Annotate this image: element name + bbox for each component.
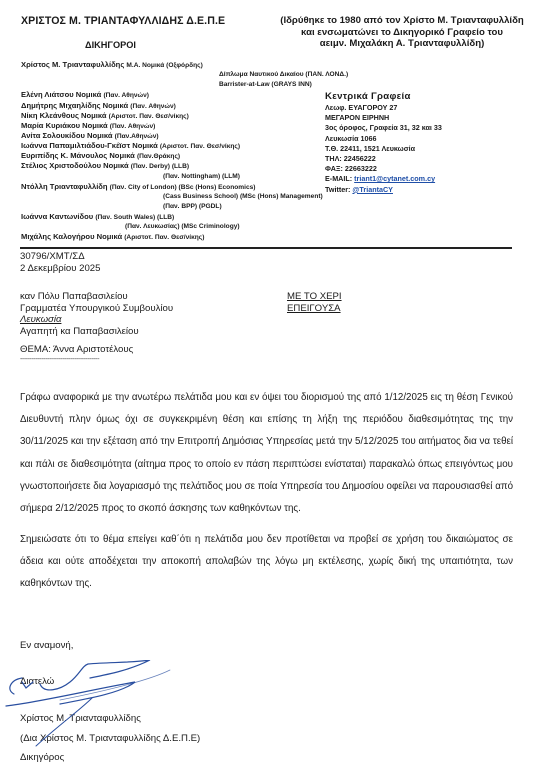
office-block: Κεντρικά Γραφεία Λεωφ. ΕΥΑΓΟΡΟΥ 27ΜΕΓΑΡΟ… [325, 91, 442, 195]
lawyer-qualification: (Παν. BPP) (PGDL) [163, 202, 222, 212]
office-twitter-row: Twitter: @TriantaCY [325, 185, 442, 195]
lawyer-name: Στέλιος Χριστοδούλου Νομικά [21, 161, 131, 170]
office-address-line: 3ος όροφος, Γραφεία 31, 32 και 33 [325, 123, 442, 133]
lawyer-qualification: (Παν. Derby) (LLB) [131, 163, 189, 170]
addressee-block: καν Πόλυ Παπαβασιλείου Γραμματέα Υπουργι… [20, 291, 173, 337]
twitter-label: Twitter: [325, 185, 352, 194]
office-address-line: ΜΕΓΑΡΟΝ ΕΙΡΗΝΗ [325, 113, 442, 123]
lawyer-name: Νίκη Κλεάνθους Νομικά [21, 111, 109, 120]
lawyer-name: Ανίτα Σολουκίδου Νομικά [21, 131, 115, 140]
salutation: Αγαπητή κα Παπαβασιλείου [20, 326, 173, 338]
lawyer-entry: Χρίστος Μ. Τριανταφυλλίδης Μ.Α. Νομικά (… [21, 60, 255, 70]
lawyer-entry: Ντόλλη Τριανταφυλλίδη (Παν. City of Lond… [21, 182, 255, 192]
lawyer-qualification: (Αριστοτ. Παν. Θεσ/νίκης) [109, 113, 189, 120]
addressee-title: Γραμματέα Υπουργικού Συμβουλίου [20, 303, 173, 315]
lawyer-name: Ντόλλη Τριανταφυλλίδη [21, 182, 110, 191]
lawyer-qualification: (Παν. Αθηνών) [103, 92, 149, 99]
by-hand-label: ΜΕ ΤΟ ΧΕΡΙ [287, 291, 342, 303]
lawyer-name: Χρίστος Μ. Τριανταφυλλίδης [21, 60, 126, 69]
email-link[interactable]: triant1@cytanet.com.cy [354, 174, 435, 183]
founded-line-1: (Ιδρύθηκε το 1980 από τον Χρίστο Μ. Τρια… [272, 15, 532, 27]
office-address: Λεωφ. ΕΥΑΓΟΡΟΥ 27ΜΕΓΑΡΟΝ ΕΙΡΗΝΗ3ος όροφο… [325, 103, 442, 174]
lawyer-entry: Στέλιος Χριστοδούλου Νομικά (Παν. Derby)… [21, 161, 255, 171]
lawyer-name: Μιχάλης Καλογήρου Νομικά [21, 232, 124, 241]
lawyer-name: Δημήτρης Μιχαηλίδης Νομικά [21, 101, 130, 110]
lawyer-qualification: (Παν. South Wales) (LLB) [95, 214, 174, 221]
closing-line: Εν αναμονή, [20, 640, 73, 651]
lawyer-qualification: (Παν.Θράκης) [137, 153, 180, 160]
lawyer-entry: Μιχάλης Καλογήρου Νομικά (Αριστοτ. Παν. … [21, 232, 255, 242]
lawyer-name: Ευριπίδης Κ. Μάνουλος Νομικά [21, 151, 137, 160]
lawyer-entry: (Παν. BPP) (PGDL) [21, 202, 255, 212]
lawyer-qualification: (Παν. Λευκωσίας) (MSc Criminology) [125, 222, 240, 232]
subject-line: ΘΕΜΑ: Άννα Αριστοτέλους [20, 344, 133, 355]
firm-subtitle: ΔΙΚΗΓΟΡΟΙ [85, 40, 136, 50]
office-address-line: Λεωφ. ΕΥΑΓΟΡΟΥ 27 [325, 103, 442, 113]
signatory-name: Χρίστος Μ. Τριανταφυλλίδης [20, 709, 200, 729]
office-address-line: ΤΗΛ: 22456222 [325, 154, 442, 164]
lawyer-entry: Barrister-at-Law (GRAYS INN) [21, 80, 255, 90]
lawyer-name: Ιωάννα Παπαμιλτιάδου-Γκέϊστ Νομικά [21, 141, 160, 150]
lawyers-list: Χρίστος Μ. Τριανταφυλλίδης Μ.Α. Νομικά (… [21, 60, 255, 243]
lawyer-qualification: (Παν. Nottingham) (LLM) [163, 172, 240, 182]
regards-line: Διατελώ [20, 676, 54, 687]
twitter-link[interactable]: @TriantaCY [352, 185, 393, 194]
office-address-line: Λευκωσία 1066 [325, 134, 442, 144]
email-label: E-MAIL: [325, 174, 354, 183]
lawyer-entry: (Παν. Λευκωσίας) (MSc Criminology) [21, 222, 255, 232]
lawyer-entry: Ελένη Λιάτσου Νομικά (Παν. Αθηνών) [21, 90, 255, 100]
office-address-line: ΦΑΞ: 22663222 [325, 164, 442, 174]
body-paragraph-2: Σημειώσατε ότι το θέμα επείγει καθ΄ότι η… [20, 529, 513, 596]
founded-line-3: αειμν. Μιχαλάκη Α. Τριανταφυλλίδη) [272, 38, 532, 50]
reference-number: 30796/ΧΜΤ/ΣΔ [20, 251, 100, 263]
body-paragraph-1: Γράφω αναφορικά με την ανωτέρω πελάτιδα … [20, 387, 513, 520]
lawyer-name: Μαρία Κυριάκου Νομικά [21, 121, 110, 130]
lawyer-entry: Νίκη Κλεάνθους Νομικά (Αριστοτ. Παν. Θεσ… [21, 111, 255, 121]
lawyer-entry: (Cass Business School) (MSc (Hons) Manag… [21, 192, 255, 202]
urgent-label: ΕΠΕΙΓΟΥΣΑ [287, 303, 342, 315]
addressee-city: Λευκωσία [20, 314, 173, 326]
signatory-role: Δικηγόρος [20, 748, 200, 768]
office-email-row: E-MAIL: triant1@cytanet.com.cy [325, 174, 442, 184]
lawyer-qualification: (Παν. Αθηνών) [110, 123, 156, 130]
lawyer-entry: Ιωάννα Παπαμιλτιάδου-Γκέϊστ Νομικά (Αρισ… [21, 141, 255, 151]
signatory-on-behalf: (Δια Χρίστος Μ. Τριανταφυλλίδης Δ.Ε.Π.Ε) [20, 729, 200, 749]
letter-date: 2 Δεκεμβρίου 2025 [20, 263, 100, 275]
reference-block: 30796/ΧΜΤ/ΣΔ 2 Δεκεμβρίου 2025 [20, 251, 100, 274]
delivery-notice: ΜΕ ΤΟ ΧΕΡΙ ΕΠΕΙΓΟΥΣΑ [287, 291, 342, 314]
office-title: Κεντρικά Γραφεία [325, 91, 442, 103]
header-divider [20, 247, 512, 249]
lawyer-entry: Δημήτρης Μιχαηλίδης Νομικά (Παν. Αθηνών) [21, 101, 255, 111]
office-address-line: Τ.Θ. 22411, 1521 Λευκωσία [325, 144, 442, 154]
lawyer-qualification: Μ.Α. Νομικά (Οξφόρδης) [126, 62, 202, 69]
lawyer-name: Ελένη Λιάτσου Νομικά [21, 90, 103, 99]
lawyer-qualification: (Παν. Αθηνών) [130, 103, 176, 110]
lawyer-entry: Ανίτα Σολουκίδου Νομικά (Παν.Αθηνών) [21, 131, 255, 141]
lawyer-qualification: (Αριστοτ. Παν. Θεσ/νίκης) [160, 143, 240, 150]
founded-note: (Ιδρύθηκε το 1980 από τον Χρίστο Μ. Τρια… [272, 15, 532, 50]
lawyer-qualification: Barrister-at-Law (GRAYS INN) [219, 80, 312, 90]
lawyer-entry: Μαρία Κυριάκου Νομικά (Παν. Αθηνών) [21, 121, 255, 131]
lawyer-entry: Δίπλωμα Ναυτικού Δικαίου (ΠΑΝ. ΛΟΝΔ.) [21, 70, 255, 80]
lawyer-entry: Ευριπίδης Κ. Μάνουλος Νομικά (Παν.Θράκης… [21, 151, 255, 161]
lawyer-qualification: Δίπλωμα Ναυτικού Δικαίου (ΠΑΝ. ΛΟΝΔ.) [219, 70, 348, 80]
lawyer-qualification: (Παν.Αθηνών) [115, 133, 159, 140]
lawyer-name: Ιωάννα Καντωνίδου [21, 212, 95, 221]
addressee-name: καν Πόλυ Παπαβασιλείου [20, 291, 173, 303]
lawyer-qualification: (Αριστοτ. Παν. Θεσ/νίκης) [124, 234, 204, 241]
subject-underline: ----------------------------------------… [20, 356, 99, 363]
founded-line-2: και ενσωματώνει το Δικηγορικό Γραφείο το… [272, 27, 532, 39]
lawyer-qualification: (Παν. City of London) (BSc (Hons) Econom… [110, 184, 256, 191]
lawyer-entry: (Παν. Nottingham) (LLM) [21, 172, 255, 182]
signatory-block: Χρίστος Μ. Τριανταφυλλίδης (Δια Χρίστος … [20, 709, 200, 768]
lawyer-qualification: (Cass Business School) (MSc (Hons) Manag… [163, 192, 323, 202]
lawyer-entry: Ιωάννα Καντωνίδου (Παν. South Wales) (LL… [21, 212, 255, 222]
firm-name: ΧΡΙΣΤΟΣ Μ. ΤΡΙΑΝΤΑΦΥΛΛΙΔΗΣ Δ.Ε.Π.Ε [21, 15, 225, 27]
